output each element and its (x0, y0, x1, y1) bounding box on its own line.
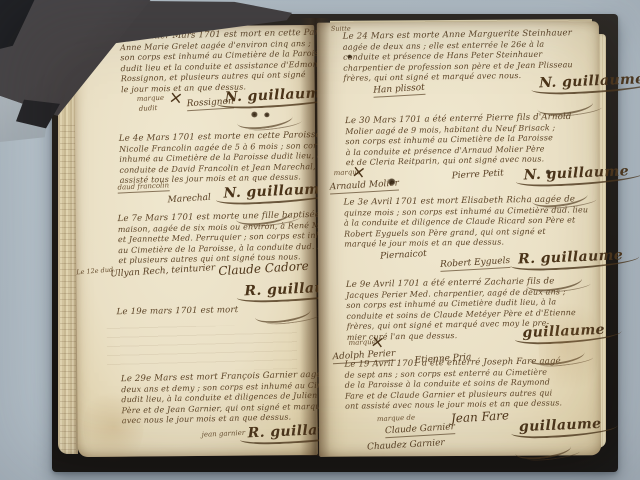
book-gutter-shadow (300, 18, 330, 456)
witness-cross-mark: × (168, 87, 185, 109)
left-page: Le 12e dud. Le premier Mars 1701 est mor… (74, 25, 318, 457)
ink-blot (251, 111, 258, 117)
signature-mark-label: marque de (377, 414, 415, 424)
burial-record: Le 30 Mars 1701 a été enterré Pierre fil… (345, 112, 572, 169)
signature-marechal: Marechal (167, 193, 211, 206)
signature-cure-guillaume: guillaume (519, 416, 602, 435)
ink-showthrough (107, 325, 297, 371)
signature-plissot: Han plissot (373, 83, 425, 98)
copy-stand-arm-dark-edge (0, 0, 40, 52)
signature-francolin: daud francolin (117, 181, 169, 193)
ink-blot (264, 112, 270, 117)
right-page: Suitte Le 24 Mars est morte Anne Marguer… (317, 21, 601, 456)
record-line: marqué le jour mois et an que dessus. (344, 237, 589, 251)
signature-cure-guillaume: N. guillaume (539, 71, 640, 91)
photo-background: Le 12e dud. Le premier Mars 1701 est mor… (0, 0, 640, 480)
burial-record: Le 3e Avril 1701 est mort Elisabeth Rich… (344, 194, 589, 250)
signature-jean-fare: Jean Fare (451, 408, 510, 425)
signature-cure-guillaume: N. guillaume (523, 163, 629, 183)
ink-blot (546, 170, 551, 175)
signature-claude-garnier: Claude Garnier (385, 422, 456, 438)
signature-mark-label: marque (137, 94, 165, 103)
ink-blot (347, 55, 352, 59)
record-line: Le 19e mars 1701 est mort (117, 305, 239, 318)
ink-blot (388, 178, 396, 185)
signature-cure-guillaume: R. guillaume (518, 247, 624, 267)
signature-cure-guillaume: guillaume (522, 322, 605, 341)
signature-chaudez-garnier: Chaudez Garnier (367, 438, 445, 452)
unfinished-record: Le 19e mars 1701 est mort (117, 305, 239, 318)
page-stack-edge-writing (60, 120, 76, 450)
burial-record: Le 19 Avril 1701 a été enterré Joseph Fa… (344, 356, 562, 412)
signature-pierre: Pierre Petit (451, 168, 504, 181)
signature-flourish (236, 108, 294, 132)
signature-eyguels: Robert Eyguels (440, 256, 511, 272)
signature-piernaicot: Piernaicot (380, 249, 427, 262)
signature-mark-label: dudit (139, 104, 158, 113)
